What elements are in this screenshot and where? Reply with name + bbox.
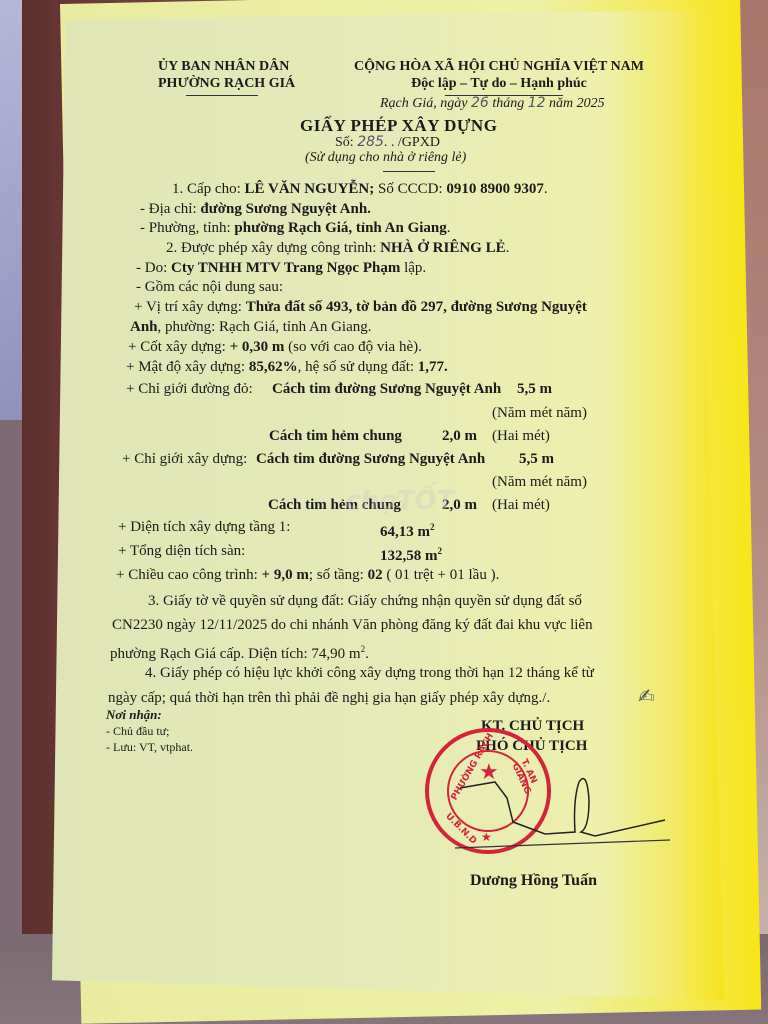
red-line-value-2: 2,0 m	[442, 427, 477, 445]
title-rule	[383, 171, 435, 172]
sup-2: 2	[430, 522, 435, 532]
national-motto: Độc lập – Tự do – Hạnh phúc	[343, 75, 655, 92]
document-title: GIẤY PHÉP XÂY DỰNG	[300, 116, 497, 136]
designer-value: Cty TNHH MTV Trang Ngọc Phạm	[171, 260, 400, 276]
date-year: năm 2025	[549, 96, 605, 111]
elevation-label: + Cốt xây dựng:	[128, 339, 226, 355]
section4-line1: 4. Giấy phép có hiệu lực khởi công xây d…	[145, 664, 594, 682]
national-title: CỘNG HÒA XÃ HỘI CHỦ NGHĨA VIỆT NAM	[343, 58, 655, 75]
document-content: ỦY BAN NHÂN DÂN PHƯỜNG RẠCH GIÁ CỘNG HÒA…	[0, 0, 768, 1024]
section1-ward: - Phường, tỉnh: phường Rạch Giá, tỉnh An…	[140, 219, 451, 237]
elevation-note: (so với cao độ via hè).	[288, 339, 422, 355]
number-suffix: . . /GPXD	[384, 135, 440, 150]
grantee-name: LÊ VĂN NGUYỄN;	[245, 181, 375, 197]
total-area-value: 132,58 m2	[380, 542, 442, 565]
height-label: + Chiều cao công trình:	[116, 567, 258, 583]
floors-label: ; số tầng:	[309, 567, 364, 583]
cccd-value: 0910 8900 9307	[446, 181, 544, 197]
date-line: Rạch Giá, ngày 26 tháng 12 năm 2025	[380, 95, 605, 112]
watermark: chợTỐT	[345, 486, 454, 516]
location-value2: Anh	[130, 319, 158, 335]
land-use-label: , hệ số sử dụng đất:	[298, 359, 414, 375]
document-subtitle: (Sử dụng cho nhà ở riêng lẻ)	[305, 150, 466, 166]
s2-label: 2. Được phép xây dựng công trình:	[166, 240, 376, 256]
height-line: + Chiều cao công trình: + 9,0 m; số tầng…	[116, 566, 499, 584]
recipients-title: Nơi nhận:	[106, 707, 162, 723]
section2-type: 2. Được phép xây dựng công trình: NHÀ Ở …	[166, 239, 509, 257]
section3-line2: CN2230 ngày 12/11/2025 do chi nhánh Văn …	[112, 616, 593, 634]
construction-type: NHÀ Ở RIÊNG LẺ	[380, 240, 505, 256]
density-label: + Mật độ xây dựng:	[126, 359, 245, 375]
build-line-words-1: (Năm mét năm)	[492, 473, 587, 491]
issuer-header: ỦY BAN NHÂN DÂN PHƯỜNG RẠCH GIÁ	[158, 58, 280, 92]
signer-name: Dương Hồng Tuấn	[470, 872, 597, 890]
total-area-label: + Tổng diện tích sàn:	[118, 542, 245, 560]
date-month: 12	[528, 95, 546, 111]
location-value: Thửa đất số 493, tờ bản đồ 297, đường Sư…	[246, 299, 587, 315]
date-month-label: tháng	[492, 96, 524, 111]
location-line1: + Vị trí xây dựng: Thửa đất số 493, tờ b…	[134, 298, 587, 316]
ward-label: - Phường, tỉnh:	[140, 220, 231, 236]
red-line-desc-1: Cách tim đường Sương Nguyệt Anh	[272, 380, 501, 398]
location-line2: Anh, phường: Rạch Giá, tỉnh An Giang.	[130, 318, 372, 336]
sup-2: 2	[438, 546, 443, 556]
floors-value: 02	[368, 567, 383, 583]
location-rest: , phường: Rạch Giá, tỉnh An Giang.	[158, 319, 372, 335]
total-area-number: 132,58 m	[380, 548, 438, 564]
issuer-line1: ỦY BAN NHÂN DÂN	[158, 58, 280, 75]
section3-text: phường Rạch Giá cấp. Diện tích: 74,90 m	[110, 646, 361, 662]
elevation-value: + 0,30 m	[230, 339, 285, 355]
section2-designer: - Do: Cty TNHH MTV Trang Ngọc Phạm lập.	[136, 259, 426, 277]
section3-line3: phường Rạch Giá cấp. Diện tích: 74,90 m2…	[110, 640, 369, 663]
ward-value: phường Rạch Giá, tỉnh An Giang	[234, 220, 446, 236]
build-line-desc-1: Cách tim đường Sương Nguyệt Anh	[256, 450, 485, 468]
density-line: + Mật độ xây dựng: 85,62%, hệ số sử dụng…	[126, 358, 448, 376]
section4-line2: ngày cấp; quá thời hạn trên thì phải đề …	[108, 689, 550, 707]
density-value: 85,62%	[249, 359, 298, 375]
recipient-item: - Lưu: VT, vtphat.	[106, 740, 193, 755]
elevation-line: + Cốt xây dựng: + 0,30 m (so với cao độ …	[128, 338, 422, 356]
floor1-area-label: + Diện tích xây dựng tầng 1:	[118, 518, 290, 536]
section1-address: - Địa chỉ: đường Sương Nguyệt Anh.	[140, 200, 371, 218]
cccd-label: Số CCCD:	[378, 181, 443, 197]
section2-contents: - Gồm các nội dung sau:	[136, 278, 283, 296]
floors-detail: ( 01 trệt + 01 lầu ).	[386, 567, 499, 583]
s1-label: 1. Cấp cho:	[172, 181, 241, 197]
national-header: CỘNG HÒA XÃ HỘI CHỦ NGHĨA VIỆT NAM Độc l…	[343, 58, 655, 92]
date-prefix: Rạch Giá, ngày	[380, 96, 467, 111]
land-use-value: 1,77.	[418, 359, 448, 375]
red-line-value-1: 5,5 m	[517, 380, 552, 398]
floor1-area-value: 64,13 m2	[380, 518, 435, 541]
height-value: + 9,0 m	[262, 567, 309, 583]
red-line-words-2: (Hai mét)	[492, 427, 550, 445]
issuer-rule	[186, 95, 258, 96]
section3-line1: 3. Giấy tờ về quyền sử dụng đất: Giấy ch…	[148, 592, 582, 610]
designer-label: - Do:	[136, 260, 167, 276]
section1-grantee: 1. Cấp cho: LÊ VĂN NGUYỄN; Số CCCD: 0910…	[172, 180, 548, 198]
number-value: 285	[357, 134, 384, 150]
build-line-value-1: 5,5 m	[519, 450, 554, 468]
address-value: đường Sương Nguyệt Anh.	[200, 201, 371, 217]
red-line-label: + Chỉ giới đường đỏ:	[126, 380, 253, 398]
location-label: + Vị trí xây dựng:	[134, 299, 242, 315]
signature-scrawl	[455, 770, 675, 860]
issuer-line2: PHƯỜNG RẠCH GIÁ	[158, 75, 280, 92]
recipient-item: - Chủ đầu tư;	[106, 724, 170, 739]
build-line-label: + Chỉ giới xây dựng:	[122, 450, 247, 468]
date-day: 26	[471, 95, 489, 111]
build-line-words-2: (Hai mét)	[492, 496, 550, 514]
floor1-area-number: 64,13 m	[380, 524, 430, 540]
red-line-words-1: (Năm mét năm)	[492, 404, 587, 422]
address-label: - Địa chỉ:	[140, 201, 197, 217]
permit-number: Số: 285. . /GPXD	[335, 134, 440, 151]
designer-suffix: lập.	[404, 260, 426, 276]
initials-signature: ✍	[638, 684, 655, 708]
red-line-desc-2: Cách tim hẻm chung	[269, 427, 402, 445]
sup-2: 2	[361, 644, 366, 654]
number-label: Số:	[335, 135, 354, 150]
